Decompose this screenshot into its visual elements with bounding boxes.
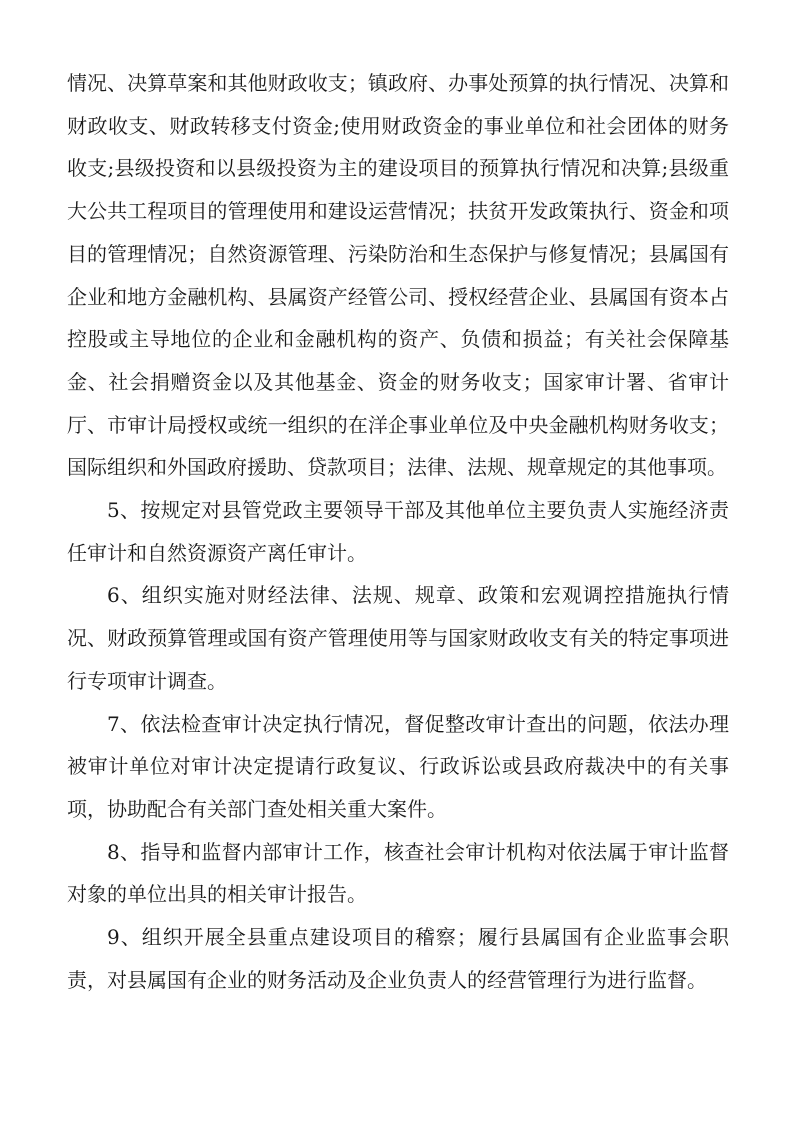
paragraph-item-6: 6、组织实施对财经法律、法规、规章、政策和宏观调控措施执行情况、财政预算管理或国…	[67, 574, 729, 702]
paragraph-item-9: 9、组织开展全县重点建设项目的稽察；履行县属国有企业监事会职责，对县属国有企业的…	[67, 916, 729, 1001]
paragraph-continued-audit-scope: 情况、决算草案和其他财政收支；镇政府、办事处预算的执行情况、决算和财政收支、财政…	[67, 62, 729, 489]
paragraph-item-5: 5、按规定对县管党政主要领导干部及其他单位主要负责人实施经济责任审计和自然资源资…	[67, 489, 729, 574]
paragraph-item-7: 7、依法检查审计决定执行情况，督促整改审计查出的问题，依法办理被审计单位对审计决…	[67, 703, 729, 831]
paragraph-item-8: 8、指导和监督内部审计工作，核查社会审计机构对依法属于审计监督对象的单位出具的相…	[67, 831, 729, 916]
document-page: 情况、决算草案和其他财政收支；镇政府、办事处预算的执行情况、决算和财政收支、财政…	[67, 62, 729, 1001]
